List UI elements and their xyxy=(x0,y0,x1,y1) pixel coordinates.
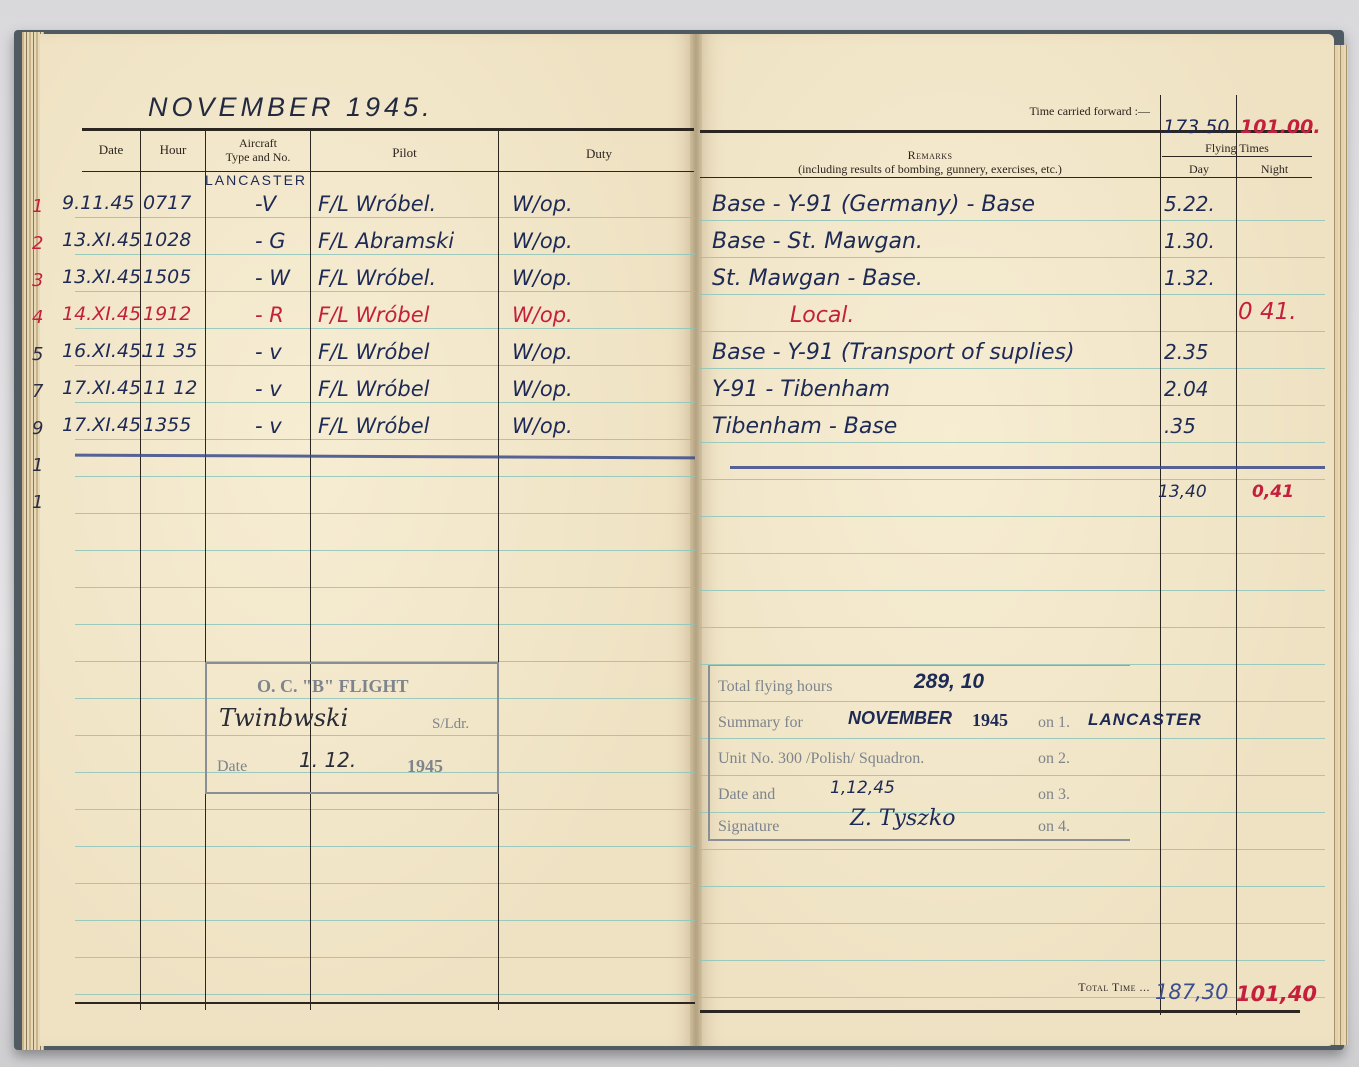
entry-hour: 1912 xyxy=(143,303,191,325)
ruled-line xyxy=(700,257,1325,258)
entry-day: 1.32. xyxy=(1164,266,1215,290)
oc-stamp-title: O. C. "B" FLIGHT xyxy=(257,676,409,697)
entry-date: 17.XI.45 xyxy=(62,414,141,436)
summary-on1-value: LANCASTER xyxy=(1088,710,1202,730)
entry-date: 13.XI.45 xyxy=(62,266,141,288)
col-divider-pilot-duty xyxy=(498,130,499,1010)
entry-aircraft: - v xyxy=(255,340,282,364)
ruled-line xyxy=(75,809,695,810)
aircraft-type: LANCASTER xyxy=(205,172,307,188)
header-duty: Duty xyxy=(499,146,699,161)
summary-unit: Unit No. 300 /Polish/ Squadron. xyxy=(718,750,924,768)
oc-rank: S/Ldr. xyxy=(432,716,469,733)
entry-remarks: Y-91 - Tibenham xyxy=(712,377,890,402)
entry-day: 5.22. xyxy=(1164,192,1215,216)
page-edges-right xyxy=(1332,45,1348,1045)
entry-aircraft: - W xyxy=(255,266,290,290)
summary-on2-label: on 2. xyxy=(1038,750,1070,768)
entry-aircraft: -V xyxy=(255,192,276,216)
entry-hour: 1355 xyxy=(143,414,191,436)
header-remarks: Remarks xyxy=(700,148,1160,163)
entry-date: 13.XI.45 xyxy=(62,229,141,251)
entry-hour: 1028 xyxy=(143,229,191,251)
ruled-line xyxy=(75,550,695,551)
oc-date-label: Date xyxy=(217,758,247,776)
total-time-label: Total Time ... xyxy=(1010,980,1150,995)
summary-month: NOVEMBER xyxy=(848,708,952,729)
entry-remarks: Base - Y-91 (Transport of suplies) xyxy=(712,340,1075,365)
footer-rule-right xyxy=(700,1010,1300,1013)
oc-year: 1945 xyxy=(407,756,443,777)
entry-day: .35 xyxy=(1164,414,1196,438)
header-remarks-sub: (including results of bombing, gunnery, … xyxy=(700,162,1160,177)
summary-year: 1945 xyxy=(972,710,1008,731)
entry-remarks: St. Mawgan - Base. xyxy=(712,266,923,291)
ruled-line xyxy=(700,220,1325,221)
flying-times-divider xyxy=(1162,156,1312,157)
col-divider-day-night xyxy=(1236,95,1237,1015)
ruled-line xyxy=(75,291,695,292)
summary-total-value: 289, 10 xyxy=(914,670,984,694)
margin-number: 1 xyxy=(32,196,43,217)
total-time-day: 187,30 xyxy=(1155,980,1228,1004)
carried-forward-day: 173.50 xyxy=(1163,116,1229,138)
summary-date-label: Date and xyxy=(718,786,775,804)
entry-pilot: F/L Wróbel. xyxy=(318,192,436,216)
summary-on4-label: on 4. xyxy=(1038,818,1070,836)
summary-for-label: Summary for xyxy=(718,714,803,732)
summary-signature-label: Signature xyxy=(718,818,779,836)
header-hour: Hour xyxy=(141,142,205,157)
monthly-summary-stamp: Total flying hours 289, 10 Summary for N… xyxy=(708,665,1130,841)
entry-day: 2.04 xyxy=(1164,377,1209,401)
ruled-line xyxy=(75,883,695,884)
summary-total-label: Total flying hours xyxy=(718,678,832,696)
entry-duty: W/op. xyxy=(512,229,573,253)
entry-night: 0 41. xyxy=(1238,299,1297,325)
right-page xyxy=(696,34,1334,1046)
entry-date: 9.11.45 xyxy=(62,192,135,214)
ruled-line xyxy=(700,442,1325,443)
footer-rule-left xyxy=(75,1002,695,1004)
entry-aircraft: - v xyxy=(255,414,282,438)
summary-on3-label: on 3. xyxy=(1038,786,1070,804)
header-flying-times: Flying Times xyxy=(1162,141,1312,156)
col-divider-remarks-day xyxy=(1160,95,1161,1015)
entry-duty: W/op. xyxy=(512,414,573,438)
book-spine xyxy=(690,34,702,1046)
ruled-line xyxy=(700,368,1325,369)
entry-pilot: F/L Wróbel xyxy=(318,414,430,438)
margin-number: 2 xyxy=(32,233,43,254)
entry-hour: 11 35 xyxy=(143,340,197,362)
entry-pilot: F/L Wróbel. xyxy=(318,266,436,290)
entry-pilot: F/L Wróbel xyxy=(318,377,430,401)
ruled-line xyxy=(700,960,1325,961)
ruled-line xyxy=(75,476,695,477)
ruled-line xyxy=(75,254,695,255)
ruled-line xyxy=(75,365,695,366)
entry-aircraft: - G xyxy=(255,229,286,253)
entry-duty: W/op. xyxy=(512,340,573,364)
margin-number: 5 xyxy=(32,344,43,365)
entry-date: 16.XI.45. xyxy=(62,340,147,362)
col-divider-date-hour xyxy=(140,130,141,1010)
entry-pilot: F/L Wróbel xyxy=(318,340,430,364)
ruled-line xyxy=(75,217,695,218)
header-night: Night xyxy=(1237,162,1312,177)
entry-hour: 0717 xyxy=(143,192,191,214)
margin-number: 3 xyxy=(32,270,43,291)
col-divider-hour-aircraft xyxy=(205,130,206,1010)
oc-date-value: 1. 12. xyxy=(299,748,356,772)
summary-date-value: 1,12,45 xyxy=(830,778,895,798)
header-bottom-rule-right xyxy=(700,177,1312,178)
ruled-line xyxy=(700,997,1325,998)
entry-aircraft: - R xyxy=(255,303,284,327)
ruled-line xyxy=(700,405,1325,406)
margin-number: 4 xyxy=(32,307,43,328)
entry-duty: W/op. xyxy=(512,192,573,216)
entry-remarks: Base - Y-91 (Germany) - Base xyxy=(712,192,1035,217)
ruled-line xyxy=(700,627,1325,628)
entry-day: 2.35 xyxy=(1164,340,1209,364)
ruled-line xyxy=(75,624,695,625)
entry-pilot: F/L Wróbel xyxy=(318,303,430,327)
total-time-night: 101,40 xyxy=(1236,982,1317,1006)
summary-signature-value: Z. Tyszko xyxy=(850,806,955,831)
ruled-line xyxy=(700,923,1325,924)
carried-forward-night: 101.00. xyxy=(1240,116,1321,138)
entry-day: 1.30. xyxy=(1164,229,1215,253)
header-date: Date xyxy=(82,142,140,157)
col-divider-aircraft-pilot xyxy=(310,130,311,1010)
margin-number: 7 xyxy=(32,381,43,402)
entry-remarks: Base - St. Mawgan. xyxy=(712,229,923,254)
ruled-line xyxy=(700,849,1325,850)
ruled-line xyxy=(75,513,695,514)
ruled-line xyxy=(75,846,695,847)
header-pilot: Pilot xyxy=(311,145,498,160)
time-carried-forward-label: Time carried forward :— xyxy=(920,104,1150,119)
ruled-line xyxy=(700,553,1325,554)
ruled-line xyxy=(75,402,695,403)
header-aircraft-line1: Aircraft xyxy=(206,136,310,151)
entry-pilot: F/L Abramski xyxy=(318,229,454,253)
ruled-line xyxy=(75,994,695,995)
header-aircraft-line2: Type and No. xyxy=(206,150,310,165)
entry-duty: W/op. xyxy=(512,377,573,401)
entry-duty: W/op. xyxy=(512,303,573,327)
subtotal-night: 0,41 xyxy=(1252,482,1294,502)
margin-number: 9 xyxy=(32,418,43,439)
entry-date: 17.XI.45 xyxy=(62,377,141,399)
header-top-rule-left xyxy=(82,128,694,131)
ruled-line xyxy=(700,590,1325,591)
entry-hour: 11 12 xyxy=(143,377,197,399)
ruled-line xyxy=(700,331,1325,332)
ruled-line xyxy=(75,439,695,440)
ruled-line xyxy=(700,479,1325,480)
entry-remarks: Tibenham - Base xyxy=(712,414,897,439)
margin-number: 1 xyxy=(32,492,43,513)
ruled-line xyxy=(700,886,1325,887)
header-day: Day xyxy=(1162,162,1236,177)
entry-date: 14.XI.45 xyxy=(62,303,141,325)
ruled-line xyxy=(75,957,695,958)
entry-remarks: Local. xyxy=(790,303,854,328)
entry-duty: W/op. xyxy=(512,266,573,290)
left-page xyxy=(40,34,696,1046)
month-title: NOVEMBER 1945. xyxy=(148,92,434,123)
entry-hour: 1505 xyxy=(143,266,191,288)
ruled-line xyxy=(75,587,695,588)
ruled-line xyxy=(700,294,1325,295)
oc-signature: Twinbwski xyxy=(219,704,348,732)
entry-aircraft: - v xyxy=(255,377,282,401)
ruled-line xyxy=(700,516,1325,517)
oc-b-flight-stamp: O. C. "B" FLIGHT Twinbwski S/Ldr. Date 1… xyxy=(205,662,499,794)
entries-end-line-right xyxy=(730,466,1325,469)
header-bottom-rule-left xyxy=(82,171,694,172)
summary-on1-label: on 1. xyxy=(1038,714,1070,732)
subtotal-day: 13,40 xyxy=(1158,482,1207,502)
ruled-line xyxy=(75,328,695,329)
margin-number: 1 xyxy=(32,455,43,476)
ruled-line xyxy=(75,920,695,921)
